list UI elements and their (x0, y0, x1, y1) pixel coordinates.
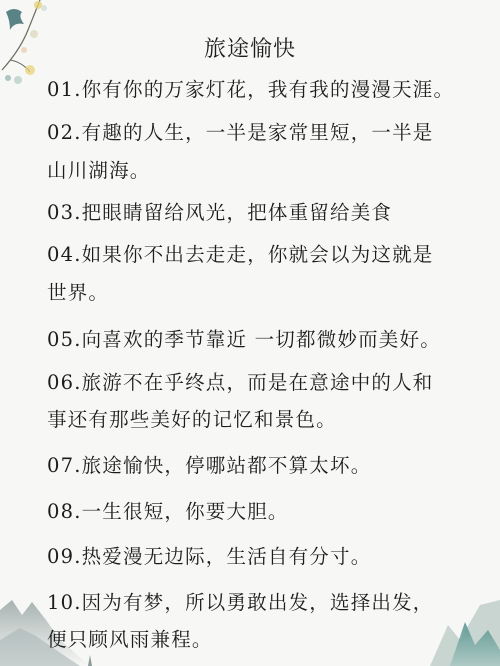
quote-06-line-1: 06.旅游不在乎终点，而是在意途中的人和 (47, 370, 434, 396)
quote-10-line-1: 10.因为有梦，所以勇敢出发，选择出发， (47, 590, 434, 616)
quote-02-line-2: 山川湖海。 (47, 158, 151, 184)
quote-09-line-1: 09.热爱漫无边际，生活自有分寸。 (47, 544, 371, 570)
quote-06-line-2: 事还有那些美好的记忆和景色。 (47, 407, 337, 433)
quote-02-line-1: 02.有趣的人生，一半是家常里短，一半是 (47, 120, 434, 146)
quote-01-line-1: 01.你有你的万家灯花，我有我的漫漫天涯。 (47, 77, 454, 103)
quote-05-line-1: 05.向喜欢的季节靠近 一切都微妙而美好。 (47, 327, 441, 353)
quote-07-line-1: 07.旅途愉快，停哪站都不算太坏。 (47, 453, 371, 479)
quote-10-line-2: 便只顾风雨兼程。 (47, 627, 213, 653)
quote-03-line-1: 03.把眼睛留给风光，把体重留给美食 (47, 200, 392, 226)
page-title: 旅途愉快 (0, 32, 500, 63)
quote-04-line-2: 世界。 (47, 280, 109, 306)
quote-04-line-1: 04.如果你不出去走走，你就会以为这就是 (47, 242, 434, 268)
quote-08-line-1: 08.一生很短，你要大胆。 (47, 499, 289, 525)
